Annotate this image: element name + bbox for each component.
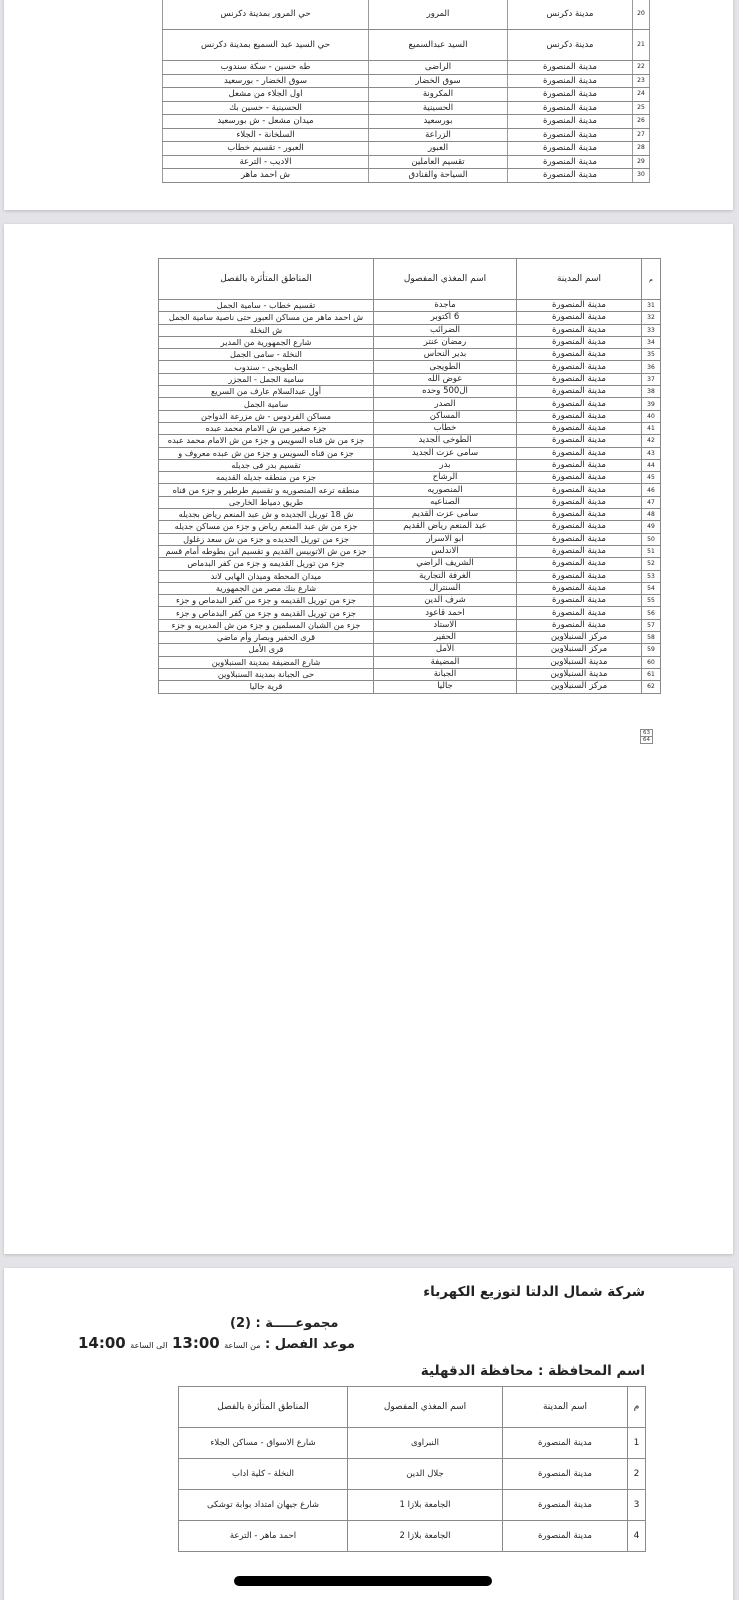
affected-areas: جزء صغير من ش الامام محمد عبده [159,422,374,434]
city-name: مركز السنبلاوين [517,681,642,693]
row-number: 58 [642,632,661,644]
table-row: 32مدينة المنصورة6 اكتوبرش احمد ماهر من م… [159,312,661,324]
affected-areas: سامية الجمل [159,398,374,410]
table-row: 60مدينة السنبلاوينالمضيفةشارع المضيفة بم… [159,656,661,668]
city-name: مدينة المنصورة [517,336,642,348]
table-row: 23مدينة المنصورةسوق الخضارسوق الخضار - ب… [163,74,650,88]
feeder-name: جاليا [374,681,517,693]
city-name: مدينة المنصورة [517,349,642,361]
row-number: 59 [642,644,661,656]
table-row: 45مدينة المنصورةالرشاحجزء من منطقه جديله… [159,472,661,484]
city-name: مركز السنبلاوين [517,644,642,656]
table-row: 4مدينة المنصورةالجامعة بلازا 2احمد ماهر … [179,1521,646,1552]
feeder-name: السنترال [374,582,517,594]
table-row: 56مدينة المنصورةاحمد قاعودجزء من توريل ا… [159,607,661,619]
city-name: مدينة المنصورة [503,1459,628,1490]
affected-areas: جزء من توريل الجديده و جزء من ش سعد زغلو… [159,533,374,545]
affected-areas: جزء من توريل القديمه و جزء من كفر البدما… [159,558,374,570]
row-number: 37 [642,373,661,385]
city-name: مدينة المنصورة [517,373,642,385]
affected-areas: احمد ماهر - الترعة [179,1521,348,1552]
affected-areas: ش 18 توريل الجديده و ش عبد المنعم رياض ب… [159,509,374,521]
to-time: 14:00 [78,1334,126,1352]
row-number: 55 [642,595,661,607]
row-number: 49 [642,521,661,533]
table-row: 55مدينة المنصورةشرف الدينجزء من توريل ال… [159,595,661,607]
row-number: 52 [642,558,661,570]
feeder-name: عوض الله [374,373,517,385]
table-row: 44مدينة المنصورةبدرتقسيم بدر فى جديله [159,459,661,471]
home-indicator[interactable] [234,1576,492,1586]
row-number: 27 [633,128,650,142]
row-number: 36 [642,361,661,373]
table-row: 51مدينة المنصورةالاندلسجزء من ش الاتوبيس… [159,545,661,557]
feeder-name: رمضان عنتر [374,336,517,348]
row-number: 61 [642,668,661,680]
row-number: 33 [642,324,661,336]
affected-areas: ش احمد ماهر من مساكن العبور حتى ناصية سا… [159,312,374,324]
city-name: مدينة المنصورة [517,459,642,471]
feeder-name: الصدر [374,398,517,410]
table-row: 1مدينة المنصورةالنبراوىشارع الاسواق - مس… [179,1428,646,1459]
feeder-name: الضرائب [374,324,517,336]
affected-areas: شارع جيهان امتداد بوابة توشكى [179,1490,348,1521]
city-name: مدينة دكرنس [508,0,633,30]
city-name: مدينة المنصورة [503,1490,628,1521]
table-row: 43مدينة المنصورةسامى عزت الجديدجزء من قن… [159,447,661,459]
table-row: 35مدينة المنصورةبدير النحاسالنخلة - سامى… [159,349,661,361]
row-number: 3 [628,1490,646,1521]
outage-table-page-2: م اسم المدينة اسم المغذي المفصول المناطق… [158,258,661,694]
column-header-feeder: اسم المغذي المفصول [374,259,517,300]
document-page-3: شركة شمال الدلتا لتوزيع الكهرباء مجموعــ… [4,1268,733,1600]
table-row: 58مركز السنبلاوينالحفيرقرى الحفير وبصار … [159,632,661,644]
outage-table-page-1: 20مدينة دكرنسالمرورحي المرور بمدينة دكرن… [162,0,650,183]
affected-areas: النخلة - سامى الجمل [159,349,374,361]
row-number: 35 [642,349,661,361]
city-name: مدينة المنصورة [508,128,633,142]
feeder-name: النبراوى [348,1428,503,1459]
feeder-name: المضيفة [374,656,517,668]
affected-areas: مساكن الفردوس - ش مزرعة الدواجن [159,410,374,422]
table-row: 31مدينة المنصورةماجدةتقسيم خطاب - سامية … [159,300,661,312]
table-row: 24مدينة المنصورةالمكرونةاول الجلاء من مش… [163,88,650,102]
affected-areas: شارع الجمهورية من المدير [159,336,374,348]
feeder-name: المرور [369,0,508,30]
feeder-name: ال500 وحده [374,386,517,398]
feeder-name: الغرفة التجارية [374,570,517,582]
feeder-name: ابو الاسرار [374,533,517,545]
city-name: مدينة المنصورة [517,398,642,410]
row-number: 24 [633,88,650,102]
city-name: مدينة المنصورة [517,435,642,447]
affected-areas: حى الجبانة بمدينة السنبلاوين [159,668,374,680]
column-header-city: اسم المدينة [517,259,642,300]
city-name: مدينة المنصورة [517,422,642,434]
row-number: 48 [642,509,661,521]
table-row: 40مدينة المنصورةالمساكنمساكن الفردوس - ش… [159,410,661,422]
city-name: مدينة المنصورة [517,386,642,398]
row-number: 34 [642,336,661,348]
affected-areas: أول عبدالسلام عارف من السريع [159,386,374,398]
city-name: مدينة المنصورة [517,410,642,422]
column-header-feeder: اسم المغذي المفصول [348,1387,503,1428]
city-name: مدينة المنصورة [503,1521,628,1552]
affected-areas: ش النخلة [159,324,374,336]
row-number: 46 [642,484,661,496]
feeder-name: المكرونة [369,88,508,102]
city-name: مدينة المنصورة [503,1428,628,1459]
table-row: 29مدينة المنصورةتقسيم العاملينالاديب - ا… [163,155,650,169]
column-header-areas: المناطق المتأثرة بالفصل [179,1387,348,1428]
table-row: 3مدينة المنصورةالجامعة بلازا 1شارع جيهان… [179,1490,646,1521]
affected-areas: سوق الخضار - بورسعيد [163,74,369,88]
row-number: 28 [633,142,650,156]
affected-areas: العبور - تقسيم خطاب [163,142,369,156]
affected-areas: جزء من منطقه جديله القديمه [159,472,374,484]
column-header-num: م [628,1387,646,1428]
feeder-name: الرشاح [374,472,517,484]
row-number: 53 [642,570,661,582]
city-name: مدينة المنصورة [517,496,642,508]
affected-areas: تقسيم بدر فى جديله [159,459,374,471]
city-name: مدينة المنصورة [508,74,633,88]
row-number: 42 [642,435,661,447]
affected-areas: طريق دمياط الخارجى [159,496,374,508]
city-name: مدينة المنصورة [517,312,642,324]
affected-areas: قرى الحفير وبصار وأم ماضي [159,632,374,644]
company-name: شركة شمال الدلتا لتوزيع الكهرباء [423,1284,645,1300]
row-number: 32 [642,312,661,324]
row-number: 4 [628,1521,646,1552]
feeder-name: سامى عزت الجديد [374,447,517,459]
feeder-name: عبد المنعم رياض القديم [374,521,517,533]
city-name: مدينة المنصورة [508,142,633,156]
outage-table-page-3: م اسم المدينة اسم المغذي المفصول المناطق… [178,1386,646,1552]
feeder-name: الصناعيه [374,496,517,508]
affected-areas: حي السيد عبد السميع بمدينة دكرنس [163,30,369,61]
feeder-name: الجامعة بلازا 2 [348,1521,503,1552]
table-row: 20مدينة دكرنسالمرورحي المرور بمدينة دكرن… [163,0,650,30]
feeder-name: المنصوريه [374,484,517,496]
to-label: الى الساعة [130,1341,167,1350]
row-number: 64 [641,737,652,743]
city-name: مدينة المنصورة [517,533,642,545]
feeder-name: الاستاد [374,619,517,631]
row-number: 2 [628,1459,646,1490]
table-row: 42مدينة المنصورةالطوخى الجديدجزء من ش قن… [159,435,661,447]
city-name: مدينة المنصورة [517,570,642,582]
city-name: مدينة المنصورة [517,619,642,631]
feeder-name: الراضى [369,61,508,75]
cut-time-label: موعد الفصل : [265,1337,355,1352]
feeder-name: الجبانة [374,668,517,680]
row-number: 44 [642,459,661,471]
table-row: 37مدينة المنصورةعوض اللهسامية الجمل - ال… [159,373,661,385]
city-name: مدينة المنصورة [517,521,642,533]
city-name: مدينة المنصورة [517,300,642,312]
affected-areas: طه حسين - سكة سندوب [163,61,369,75]
row-number: 41 [642,422,661,434]
table-row: 34مدينة المنصورةرمضان عنترشارع الجمهورية… [159,336,661,348]
cut-time: موعد الفصل : من الساعة 13:00 الى الساعة … [78,1334,355,1352]
affected-areas: قرية جاليا [159,681,374,693]
affected-areas: اول الجلاء من مشعل [163,88,369,102]
table-row: 48مدينة المنصورةسامى عزت القديمش 18 توري… [159,509,661,521]
city-name: مدينة المنصورة [517,484,642,496]
affected-areas: الاديب - الترعة [163,155,369,169]
city-name: مدينة المنصورة [517,545,642,557]
empty-row-numbers: 63 64 [640,729,653,744]
table-row: 59مركز السنبلاوينالأملقرى الأمل [159,644,661,656]
feeder-name: الحسينية [369,101,508,115]
affected-areas: جزء من توريل القديمه و جزء من كفر البدما… [159,607,374,619]
table-row: 38مدينة المنصورةال500 وحدهأول عبدالسلام … [159,386,661,398]
affected-areas: ميدان مشعل - ش بورسعيد [163,115,369,129]
city-name: مدينة دكرنس [508,30,633,61]
table-row: 53مدينة المنصورةالغرفة التجاريةميدان الم… [159,570,661,582]
table-row: 33مدينة المنصورةالضرائبش النخلة [159,324,661,336]
document-page-1: 20مدينة دكرنسالمرورحي المرور بمدينة دكرن… [4,0,733,210]
city-name: مدينة المنصورة [508,61,633,75]
affected-areas: شارع المضيفة بمدينة السنبلاوين [159,656,374,668]
city-name: مدينة المنصورة [517,558,642,570]
from-label: من الساعة [224,1341,260,1350]
row-number: 21 [633,30,650,61]
feeder-name: بدر [374,459,517,471]
row-number: 23 [633,74,650,88]
table-row: 2مدينة المنصورةجلال الدينالنخلة - كلية ا… [179,1459,646,1490]
city-name: مدينة المنصورة [508,101,633,115]
feeder-name: الطويجى [374,361,517,373]
table-row: 49مدينة المنصورةعبد المنعم رياض القديمجز… [159,521,661,533]
table-row: 41مدينة المنصورةخطابجزء صغير من ش الامام… [159,422,661,434]
feeder-name: شرف الدين [374,595,517,607]
affected-areas: جزء من قناه السويس و جزء من ش عبده معروف… [159,447,374,459]
affected-areas: شارع الاسواق - مساكن الجلاء [179,1428,348,1459]
table-row: 62مركز السنبلاوينجالياقرية جاليا [159,681,661,693]
table-row: 47مدينة المنصورةالصناعيهطريق دمياط الخار… [159,496,661,508]
affected-areas: سامية الجمل - المجزر [159,373,374,385]
row-number: 20 [633,0,650,30]
affected-areas: جزء من ش عبد المنعم رياض و جزء من مساكن … [159,521,374,533]
city-name: مدينة المنصورة [508,88,633,102]
table-row: 28مدينة المنصورةالعبورالعبور - تقسيم خطا… [163,142,650,156]
city-name: مدينة المنصورة [517,447,642,459]
row-number: 50 [642,533,661,545]
table-row: 26مدينة المنصورةبورسعيدميدان مشعل - ش بو… [163,115,650,129]
row-number: 39 [642,398,661,410]
feeder-name: بدير النحاس [374,349,517,361]
feeder-name: 6 اكتوبر [374,312,517,324]
row-number: 60 [642,656,661,668]
column-header-num: م [642,259,661,300]
city-name: مدينة السنبلاوين [517,656,642,668]
city-name: مدينة السنبلاوين [517,668,642,680]
row-number: 26 [633,115,650,129]
row-number: 38 [642,386,661,398]
row-number: 57 [642,619,661,631]
table-row: 57مدينة المنصورةالاستادجزء من الشبان الم… [159,619,661,631]
feeder-name: السياحة والفنادق [369,169,508,183]
table-row: 46مدينة المنصورةالمنصوريهمنطقه ترعه المن… [159,484,661,496]
row-number: 62 [642,681,661,693]
table-header-row: م اسم المدينة اسم المغذي المفصول المناطق… [179,1387,646,1428]
feeder-name: الشريف الراضي [374,558,517,570]
affected-areas: السلخانة - الجلاء [163,128,369,142]
table-row: 30مدينة المنصورةالسياحة والفنادقش احمد م… [163,169,650,183]
row-number: 54 [642,582,661,594]
feeder-name: سامى عزت القديم [374,509,517,521]
from-time: 13:00 [172,1334,220,1352]
table-row: 36مدينة المنصورةالطويجىالطويجى - سندوب [159,361,661,373]
feeder-name: المساكن [374,410,517,422]
city-name: مدينة المنصورة [517,582,642,594]
row-number: 25 [633,101,650,115]
row-number: 51 [642,545,661,557]
feeder-name: الطوخى الجديد [374,435,517,447]
feeder-name: ماجدة [374,300,517,312]
feeder-name: احمد قاعود [374,607,517,619]
affected-areas: الطويجى - سندوب [159,361,374,373]
row-number: 31 [642,300,661,312]
row-number: 63 [641,730,652,737]
table-row: 39مدينة المنصورةالصدرسامية الجمل [159,398,661,410]
city-name: مدينة المنصورة [508,115,633,129]
row-number: 40 [642,410,661,422]
table-row: 61مدينة السنبلاوينالجبانةحى الجبانة بمدي… [159,668,661,680]
governorate-name: اسم المحافظة : محافظة الدقهلية [421,1363,645,1379]
row-number: 30 [633,169,650,183]
table-row: 21مدينة دكرنسالسيد عبدالسميعحي السيد عبد… [163,30,650,61]
city-name: مركز السنبلاوين [517,632,642,644]
document-page-2: م اسم المدينة اسم المغذي المفصول المناطق… [4,224,733,1254]
row-number: 22 [633,61,650,75]
affected-areas: جزء من ش قناه السويس و جزء من ش الامام م… [159,435,374,447]
row-number: 56 [642,607,661,619]
row-number: 29 [633,155,650,169]
affected-areas: جزء من توريل القديمه و جزء من كفر البدما… [159,595,374,607]
feeder-name: الجامعة بلازا 1 [348,1490,503,1521]
row-number: 47 [642,496,661,508]
feeder-name: الزراعة [369,128,508,142]
affected-areas: ش احمد ماهر [163,169,369,183]
city-name: مدينة المنصورة [517,324,642,336]
city-name: مدينة المنصورة [517,472,642,484]
city-name: مدينة المنصورة [517,607,642,619]
table-header-row: م اسم المدينة اسم المغذي المفصول المناطق… [159,259,661,300]
table-row: 52مدينة المنصورةالشريف الراضيجزء من توري… [159,558,661,570]
group-label: مجموعـــــة : (2) [230,1316,338,1331]
row-number: 45 [642,472,661,484]
feeder-name: الحفير [374,632,517,644]
city-name: مدينة المنصورة [517,595,642,607]
row-number: 43 [642,447,661,459]
table-row: 27مدينة المنصورةالزراعةالسلخانة - الجلاء [163,128,650,142]
affected-areas: النخلة - كلية اداب [179,1459,348,1490]
feeder-name: السيد عبدالسميع [369,30,508,61]
column-header-areas: المناطق المتأثرة بالفصل [159,259,374,300]
affected-areas: شارع بنك مصر من الجمهورية [159,582,374,594]
affected-areas: جزء من الشبان المسلمين و جزء من ش المدير… [159,619,374,631]
feeder-name: جلال الدين [348,1459,503,1490]
feeder-name: بورسعيد [369,115,508,129]
city-name: مدينة المنصورة [508,169,633,183]
row-number: 1 [628,1428,646,1459]
table-row: 50مدينة المنصورةابو الاسرارجزء من توريل … [159,533,661,545]
feeder-name: الاندلس [374,545,517,557]
table-row: 22مدينة المنصورةالراضىطه حسين - سكة سندو… [163,61,650,75]
feeder-name: سوق الخضار [369,74,508,88]
affected-areas: حي المرور بمدينة دكرنس [163,0,369,30]
affected-areas: تقسيم خطاب - سامية الجمل [159,300,374,312]
affected-areas: جزء من ش الاتوبيس القديم و تقسيم ابن بطو… [159,545,374,557]
city-name: مدينة المنصورة [517,361,642,373]
column-header-city: اسم المدينة [503,1387,628,1428]
table-row: 54مدينة المنصورةالسنترالشارع بنك مصر من … [159,582,661,594]
affected-areas: منطقه ترعه المنصوريه و تقسيم طرطير و جزء… [159,484,374,496]
affected-areas: الحسينية - حسين بك [163,101,369,115]
city-name: مدينة المنصورة [517,509,642,521]
table-row: 25مدينة المنصورةالحسينيةالحسينية - حسين … [163,101,650,115]
affected-areas: ميدان المحطة وميدان الهابى لاند [159,570,374,582]
feeder-name: الأمل [374,644,517,656]
affected-areas: قرى الأمل [159,644,374,656]
feeder-name: خطاب [374,422,517,434]
feeder-name: العبور [369,142,508,156]
city-name: مدينة المنصورة [508,155,633,169]
feeder-name: تقسيم العاملين [369,155,508,169]
